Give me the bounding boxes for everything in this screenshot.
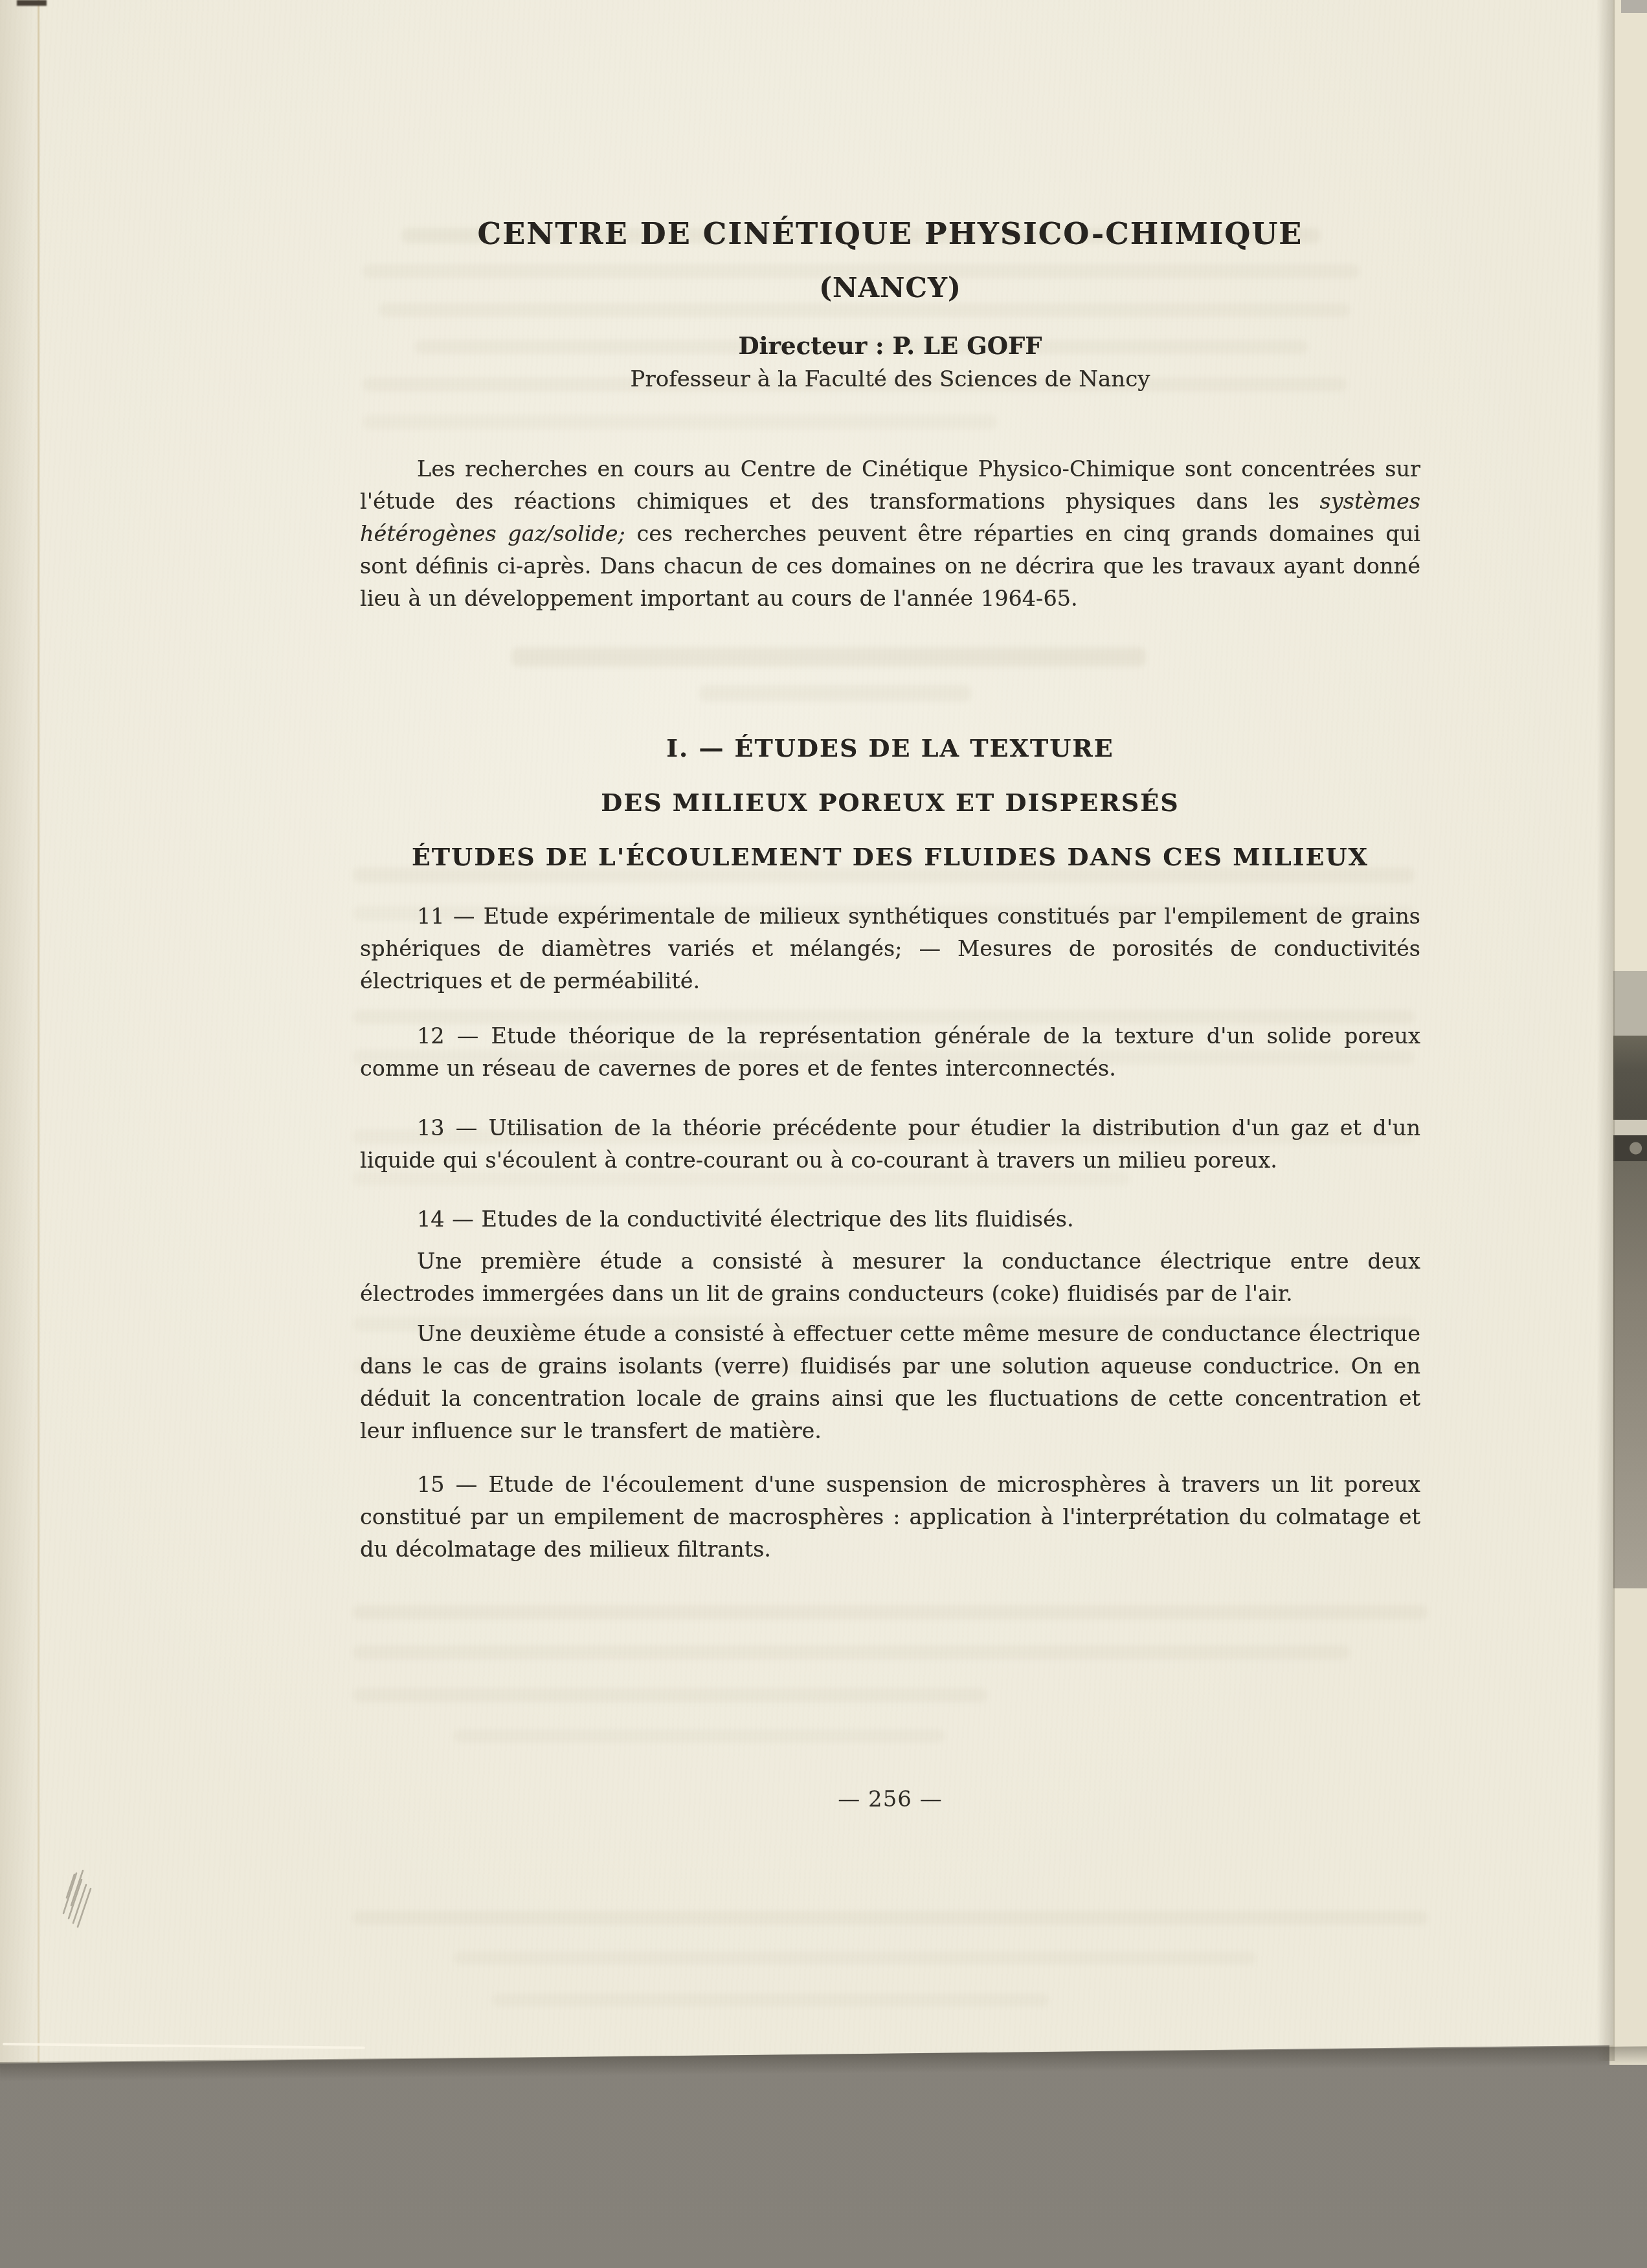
intro-text-1: Les recherches en cours au Centre de Cin… bbox=[360, 456, 1420, 514]
photo-fragment-light-band bbox=[1609, 1120, 1647, 1135]
section-heading-line-2: DES MILIEUX POREUX ET DISPERSÉS bbox=[360, 775, 1420, 830]
bleedthrough-ghost-line bbox=[453, 1729, 945, 1742]
section-heading: I. — ÉTUDES DE LA TEXTURE DES MILIEUX PO… bbox=[360, 721, 1420, 884]
scanned-book-page: { "colors": { "paper": "#eeeadb", "ink":… bbox=[0, 0, 1647, 2268]
bleedthrough-ghost-line bbox=[353, 1645, 1350, 1660]
underlying-page-paper bbox=[1609, 0, 1647, 971]
page-number: — 256 — bbox=[360, 1786, 1420, 1812]
paragraph-item-15: 15 — Etude de l'écoulement d'une suspens… bbox=[360, 1469, 1420, 1566]
bleedthrough-ghost-line bbox=[453, 1951, 1256, 1964]
pencil-mark bbox=[56, 1850, 102, 1933]
intro-paragraph: Les recherches en cours au Centre de Cin… bbox=[360, 453, 1420, 615]
underlying-page-sliver bbox=[1609, 0, 1647, 2065]
page: CENTRE DE CINÉTIQUE PHYSICO-CHIMIQUE (NA… bbox=[0, 0, 1613, 2065]
director-line: Directeur : P. LE GOFF bbox=[360, 333, 1420, 359]
photo-fragment-sky bbox=[1609, 971, 1647, 1036]
paragraph-item-14: 14 — Etudes de la conductivité électriqu… bbox=[360, 1203, 1420, 1236]
bleedthrough-ghost-line bbox=[353, 1605, 1428, 1619]
page-right-edge-shadow bbox=[1597, 0, 1615, 2061]
underlying-page-paper-bottom bbox=[1609, 1588, 1647, 2065]
photo-fragment-trees bbox=[1609, 1036, 1647, 1120]
document-title: CENTRE DE CINÉTIQUE PHYSICO-CHIMIQUE bbox=[360, 217, 1420, 251]
photo-fragment-wheel bbox=[1609, 1135, 1647, 1161]
paragraph-item-11: 11 — Etude expérimentale de milieux synt… bbox=[360, 900, 1420, 997]
document-location: (NANCY) bbox=[360, 273, 1420, 303]
text-column: CENTRE DE CINÉTIQUE PHYSICO-CHIMIQUE (NA… bbox=[360, 0, 1420, 1566]
bleedthrough-ghost-line bbox=[353, 1911, 1428, 1925]
bleedthrough-ghost-line bbox=[492, 1994, 1049, 2007]
paragraph-item-13: 13 — Utilisation de la théorie précédent… bbox=[360, 1112, 1420, 1177]
paragraph-second-study: Une deuxième étude a consisté à effectue… bbox=[360, 1318, 1420, 1447]
director-subtitle: Professeur à la Faculté des Sciences de … bbox=[360, 367, 1420, 392]
photo-fragment-ground bbox=[1609, 1161, 1647, 1588]
paragraph-first-study: Une première étude a consisté à mesurer … bbox=[360, 1245, 1420, 1310]
paragraph-item-12: 12 — Etude théorique de la représentatio… bbox=[360, 1020, 1420, 1085]
section-heading-line-1: I. — ÉTUDES DE LA TEXTURE bbox=[360, 721, 1420, 775]
section-heading-line-3: ÉTUDES DE L'ÉCOULEMENT DES FLUIDES DANS … bbox=[360, 830, 1420, 884]
bleedthrough-ghost-line bbox=[353, 1688, 987, 1702]
scanner-gap-wedge bbox=[1621, 0, 1647, 13]
